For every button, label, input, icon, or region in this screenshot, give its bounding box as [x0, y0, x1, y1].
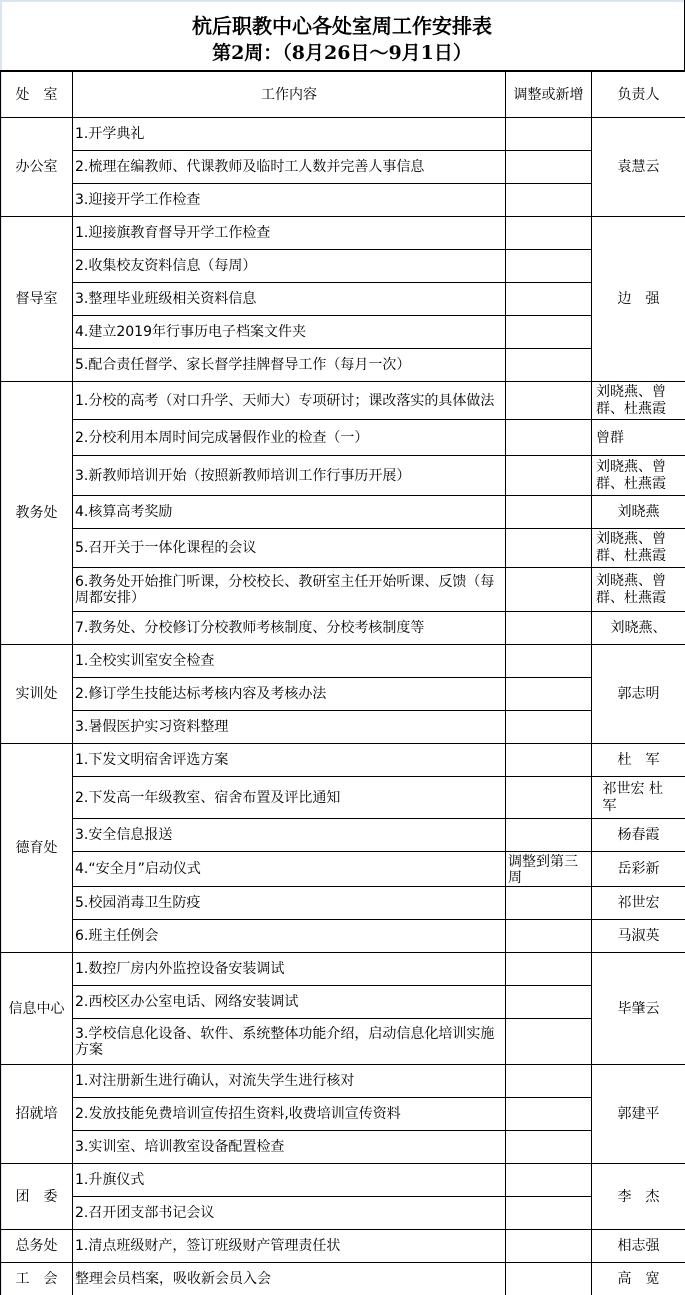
task-cell[interactable]: 2.分校利用本周时间完成暑假作业的检查（一） [73, 420, 506, 456]
adjust-cell[interactable] [506, 1065, 592, 1098]
table-row: 7.教务处、分校修订分校教师考核制度、分校考核制度等 刘晓燕、 [1, 612, 685, 645]
table-row: 信息中心 1.数控厂房内外监控设备安装调试 毕肇云 [1, 953, 685, 986]
task-cell[interactable]: 3.迎接开学工作检查 [73, 184, 506, 217]
owner-cell[interactable]: 刘晓燕 [592, 496, 685, 529]
adjust-cell[interactable] [506, 1263, 592, 1295]
table-row: 2.发放技能免费培训宣传招生资料,收费培训宣传资料 [1, 1098, 685, 1131]
adjust-cell[interactable]: 调整到第三周 [506, 852, 592, 887]
owner-cell[interactable]: 刘晓燕、曾群、杜燕霞 [592, 529, 685, 568]
task-cell[interactable]: 3.实训室、培训教室设备配置检查 [73, 1131, 506, 1164]
dept-cell[interactable]: 教务处 [1, 382, 73, 645]
owner-cell[interactable]: 杜 军 [592, 744, 685, 777]
owner-cell[interactable]: 刘晓燕、曾群、杜燕霞 [592, 382, 685, 420]
table-row: 5.配合责任督学、家长督学挂牌督导工作（每月一次） [1, 349, 685, 382]
table-row: 实训处 1.全校实训室安全检查 郭志明 [1, 645, 685, 678]
task-cell[interactable]: 1.清点班级财产，签订班级财产管理责任状 [73, 1230, 506, 1263]
owner-cell[interactable]: 刘晓燕、曾群、杜燕霞 [592, 568, 685, 612]
table-row: 2.收集校友资料信息（每周） [1, 250, 685, 283]
table-row: 4.建立2019年行事历电子档案文件夹 [1, 316, 685, 349]
table-row: 3.整理毕业班级相关资料信息 [1, 283, 685, 316]
task-cell[interactable]: 4.“安全月”启动仪式 [73, 852, 506, 887]
table-row: 3.新教师培训开始（按照新教师培训工作行事历开展） 刘晓燕、曾群、杜燕霞 [1, 456, 685, 496]
adjust-cell[interactable] [506, 1019, 592, 1065]
task-cell[interactable]: 1.分校的高考（对口升学、天师大）专项研讨；课改落实的具体做法 [73, 382, 506, 420]
header-task: 工作内容 [73, 72, 506, 118]
table-row: 督导室 1.迎接旗教育督导开学工作检查 边 强 [1, 217, 685, 250]
table-row: 2.梳理在编教师、代课教师及临时工人数并完善人事信息 [1, 151, 685, 184]
task-cell[interactable]: 2.下发高一年级教室、宿舍布置及评比通知 [73, 777, 506, 819]
adjust-cell[interactable] [506, 920, 592, 953]
schedule-table: 处 室 工作内容 调整或新增 负责人 办公室 1.开学典礼 袁慧云 2.梳理在编… [0, 71, 685, 1295]
task-cell[interactable]: 3.学校信息化设备、软件、系统整体功能介绍，启动信息化培训实施方案 [73, 1019, 506, 1065]
task-cell[interactable]: 2.梳理在编教师、代课教师及临时工人数并完善人事信息 [73, 151, 506, 184]
table-row: 团 委 1.升旗仪式 李 杰 [1, 1164, 685, 1197]
table-row: 2.西校区办公室电话、网络安装调试 [1, 986, 685, 1019]
task-cell[interactable]: 1.迎接旗教育督导开学工作检查 [73, 217, 506, 250]
owner-cell[interactable]: 边 强 [592, 217, 685, 382]
owner-cell[interactable]: 曾群 [592, 420, 685, 456]
task-cell[interactable]: 6.班主任例会 [73, 920, 506, 953]
dept-cell[interactable]: 招就培 [1, 1065, 73, 1164]
adjust-cell[interactable] [506, 711, 592, 744]
task-cell[interactable]: 1.对注册新生进行确认，对流失学生进行核对 [73, 1065, 506, 1098]
table-row: 工 会 整理会员档案，吸收新会员入会 高 宽 [1, 1263, 685, 1295]
task-cell[interactable]: 2.发放技能免费培训宣传招生资料,收费培训宣传资料 [73, 1098, 506, 1131]
table-row: 2.修订学生技能达标考核内容及考核办法 [1, 678, 685, 711]
adjust-cell[interactable] [506, 986, 592, 1019]
adjust-cell[interactable] [506, 217, 592, 250]
table-row: 3.实训室、培训教室设备配置检查 [1, 1131, 685, 1164]
owner-cell[interactable]: 郭建平 [592, 1065, 685, 1164]
task-cell[interactable]: 3.安全信息报送 [73, 819, 506, 852]
task-cell[interactable]: 3.新教师培训开始（按照新教师培训工作行事历开展） [73, 456, 506, 496]
task-cell[interactable]: 7.教务处、分校修订分校教师考核制度、分校考核制度等 [73, 612, 506, 645]
owner-cell[interactable]: 袁慧云 [592, 118, 685, 217]
owner-cell[interactable]: 马淑英 [592, 920, 685, 953]
task-cell[interactable]: 4.建立2019年行事历电子档案文件夹 [73, 316, 506, 349]
header-owner: 负责人 [592, 72, 685, 118]
owner-name: 刘晓燕、曾群、杜燕霞 [596, 531, 685, 565]
task-cell[interactable]: 1.数控厂房内外监控设备安装调试 [73, 953, 506, 986]
table-row: 2.召开团支部书记会议 [1, 1197, 685, 1230]
dept-cell[interactable]: 工 会 [1, 1263, 73, 1295]
adjust-cell[interactable] [506, 568, 592, 612]
table-row: 3.学校信息化设备、软件、系统整体功能介绍，启动信息化培训实施方案 [1, 1019, 685, 1065]
sheet-title: 杭后职教中心各处室周工作安排表 [0, 10, 684, 39]
adjust-cell[interactable] [506, 420, 592, 456]
adjust-cell[interactable] [506, 1131, 592, 1164]
adjust-cell[interactable] [506, 456, 592, 496]
adjust-cell[interactable] [506, 151, 592, 184]
task-cell[interactable]: 4.核算高考奖励 [73, 496, 506, 529]
table-row: 3.安全信息报送 杨春霞 [1, 819, 685, 852]
table-row: 2.分校利用本周时间完成暑假作业的检查（一） 曾群 [1, 420, 685, 456]
adjust-cell[interactable] [506, 496, 592, 529]
adjust-cell[interactable] [506, 678, 592, 711]
adjust-cell[interactable] [506, 744, 592, 777]
adjust-cell[interactable] [506, 349, 592, 382]
adjust-cell[interactable] [506, 645, 592, 678]
adjust-cell[interactable] [506, 819, 592, 852]
owner-cell[interactable]: 李 杰 [592, 1164, 685, 1230]
owner-cell[interactable]: 祁世宏 杜 军 [592, 777, 685, 819]
owner-name: 刘晓燕、曾群、杜燕霞 [596, 384, 685, 418]
owner-cell[interactable]: 高 宽 [592, 1263, 685, 1295]
task-cell[interactable]: 1.下发文明宿舍评选方案 [73, 744, 506, 777]
owner-cell[interactable]: 郭志明 [592, 645, 685, 744]
task-cell[interactable]: 2.西校区办公室电话、网络安装调试 [73, 986, 506, 1019]
task-cell[interactable]: 整理会员档案，吸收新会员入会 [73, 1263, 506, 1295]
owner-cell[interactable]: 祁世宏 [592, 887, 685, 920]
table-row: 总务处 1.清点班级财产，签订班级财产管理责任状 相志强 [1, 1230, 685, 1263]
dept-cell[interactable]: 团 委 [1, 1164, 73, 1230]
adjust-cell[interactable] [506, 1230, 592, 1263]
table-row: 2.下发高一年级教室、宿舍布置及评比通知 祁世宏 杜 军 [1, 777, 685, 819]
task-cell[interactable]: 1.全校实训室安全检查 [73, 645, 506, 678]
table-row: 6.班主任例会 马淑英 [1, 920, 685, 953]
table-row: 招就培 1.对注册新生进行确认，对流失学生进行核对 郭建平 [1, 1065, 685, 1098]
task-cell[interactable]: 2.收集校友资料信息（每周） [73, 250, 506, 283]
task-cell[interactable]: 2.召开团支部书记会议 [73, 1197, 506, 1230]
title-block: 杭后职教中心各处室周工作安排表 第2周：（8月26日～9月1日） [0, 0, 685, 71]
dept-cell[interactable]: 督导室 [1, 217, 73, 382]
owner-cell[interactable]: 毕肇云 [592, 953, 685, 1065]
dept-cell[interactable]: 总务处 [1, 1230, 73, 1263]
table-row: 德育处 1.下发文明宿舍评选方案 杜 军 [1, 744, 685, 777]
table-row: 6.教务处开始推门听课，分校校长、教研室主任开始听课、反馈（每周都安排） 刘晓燕… [1, 568, 685, 612]
adjust-cell[interactable] [506, 529, 592, 568]
table-row: 3.暑假医护实习资料整理 [1, 711, 685, 744]
task-cell[interactable]: 3.整理毕业班级相关资料信息 [73, 283, 506, 316]
task-cell[interactable]: 2.修订学生技能达标考核内容及考核办法 [73, 678, 506, 711]
adjust-cell[interactable] [506, 184, 592, 217]
task-cell[interactable]: 3.暑假医护实习资料整理 [73, 711, 506, 744]
dept-cell[interactable]: 办公室 [1, 118, 73, 217]
table-row: 办公室 1.开学典礼 袁慧云 [1, 118, 685, 151]
adjust-cell[interactable] [506, 612, 592, 645]
task-cell[interactable]: 5.召开关于一体化课程的会议 [73, 529, 506, 568]
table-row: 3.迎接开学工作检查 [1, 184, 685, 217]
owner-cell[interactable]: 杨春霞 [592, 819, 685, 852]
task-cell[interactable]: 5.配合责任督学、家长督学挂牌督导工作（每月一次） [73, 349, 506, 382]
adjust-cell[interactable] [506, 250, 592, 283]
adjust-cell[interactable] [506, 1197, 592, 1230]
owner-name: 刘晓燕、曾群、杜燕霞 [596, 459, 685, 493]
adjust-cell[interactable] [506, 316, 592, 349]
task-cell[interactable]: 1.开学典礼 [73, 118, 506, 151]
dept-cell[interactable]: 德育处 [1, 744, 73, 953]
header-row: 处 室 工作内容 调整或新增 负责人 [1, 72, 685, 118]
owner-cell[interactable]: 刘晓燕、曾群、杜燕霞 [592, 456, 685, 496]
adjust-cell[interactable] [506, 1164, 592, 1197]
adjust-cell[interactable] [506, 1098, 592, 1131]
task-cell[interactable]: 1.升旗仪式 [73, 1164, 506, 1197]
dept-cell[interactable]: 信息中心 [1, 953, 73, 1065]
table-row: 教务处 1.分校的高考（对口升学、天师大）专项研讨；课改落实的具体做法 刘晓燕、… [1, 382, 685, 420]
task-cell[interactable]: 6.教务处开始推门听课，分校校长、教研室主任开始听课、反馈（每周都安排） [73, 568, 506, 612]
adjust-cell[interactable] [506, 382, 592, 420]
header-dept: 处 室 [1, 72, 73, 118]
header-adjust: 调整或新增 [506, 72, 592, 118]
adjust-cell[interactable] [506, 953, 592, 986]
owner-name: 刘晓燕、曾群、杜燕霞 [596, 573, 685, 607]
owner-cell[interactable]: 刘晓燕、 [592, 612, 685, 645]
table-row: 4.核算高考奖励 刘晓燕 [1, 496, 685, 529]
adjust-cell[interactable] [506, 777, 592, 819]
table-row: 4.“安全月”启动仪式 调整到第三周 岳彩新 [1, 852, 685, 887]
adjust-cell[interactable] [506, 887, 592, 920]
task-cell[interactable]: 5.校园消毒卫生防疫 [73, 887, 506, 920]
owner-cell[interactable]: 岳彩新 [592, 852, 685, 887]
owner-cell[interactable]: 相志强 [592, 1230, 685, 1263]
adjust-cell[interactable] [506, 118, 592, 151]
table-row: 5.召开关于一体化课程的会议 刘晓燕、曾群、杜燕霞 [1, 529, 685, 568]
owner-name: 祁世宏 杜 军 [603, 781, 675, 815]
table-row: 5.校园消毒卫生防疫 祁世宏 [1, 887, 685, 920]
week-subtitle: 第2周：（8月26日～9月1日） [0, 38, 684, 65]
adjust-cell[interactable] [506, 283, 592, 316]
dept-cell[interactable]: 实训处 [1, 645, 73, 744]
